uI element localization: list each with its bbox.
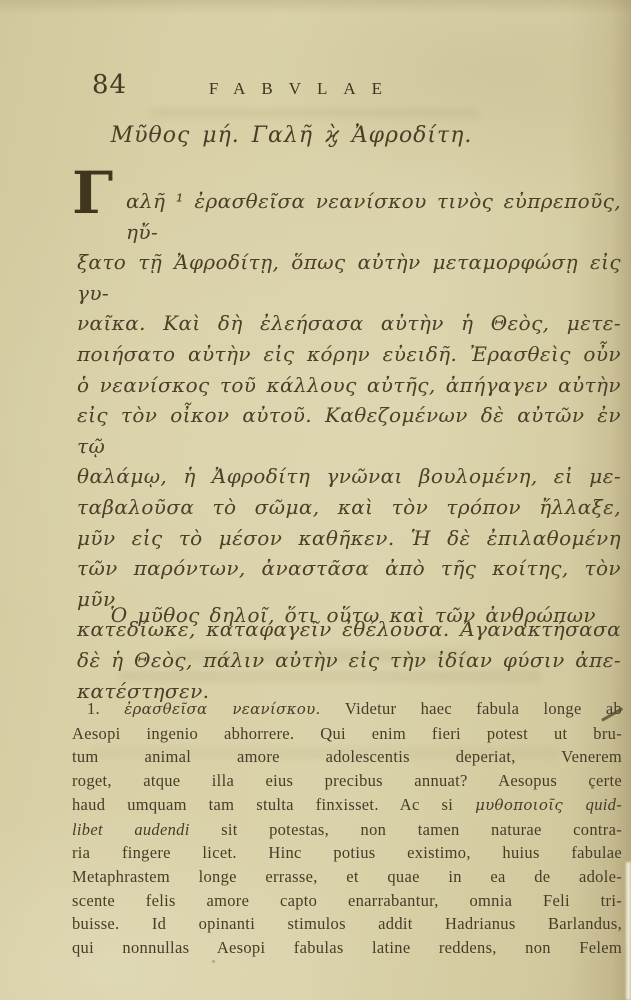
footnote-line: roget, atque illa eius precibus annuat? … [72,769,622,793]
greek-text-line: ξατο τῇ Ἀφροδίτῃ, ὅπως αὐτὴν μεταμορφώσῃ… [77,247,621,308]
footnote-line: Metaphrastem longe errasse, et quae in e… [72,865,622,889]
greek-text-line: ποιήσατο αὐτὴν εἰς κόρην εὐειδῆ. Ἐρασθεὶ… [77,339,621,370]
fable-title: Μῦθος μή. Γαλῆ ϗ̀ Ἀφροδίτη. [0,123,607,148]
greek-text-line: θαλάμῳ, ἡ Ἀφροδίτη γνῶναι βουλομένη, εἰ … [77,461,621,492]
footnote-greek-word: μυθοποιοῖς [475,796,586,814]
footnote-number: 1. [87,699,124,718]
greek-text-line: αλῆ ¹ ἐρασθεῖσα νεανίσκου τινὸς εὐπρεποῦ… [77,186,621,247]
footnote-line: haud umquam tam stulta finxisset. Ac si … [72,793,622,818]
fable-greek-text: αλῆ ¹ ἐρασθεῖσα νεανίσκου τινὸς εὐπρεποῦ… [77,186,621,706]
footnote-commentary: 1. ἐρασθεῖσα νεανίσκου. Videtur haec fab… [72,697,622,960]
footnote-line: qui nonnullas Aesopi fabulas latine redd… [72,936,622,960]
running-header: FABVLAE [0,79,619,99]
greek-text-line: ὁ νεανίσκος τοῦ κάλλους αὐτῆς, ἀπήγαγεν … [77,370,621,401]
footnote-italic-text: libet audendi [72,820,190,839]
greek-text-line: ταβαλοῦσα τὸ σῶμα, καὶ τὸν τρόπον ἤλλαξε… [77,492,621,523]
footnote-line: libet audendi sit potestas, non tamen na… [72,818,622,842]
footnote-line: tum animal amore adolescentis deperiat, … [72,745,622,769]
footnote-text: sit potestas, non tamen naturae contra- [190,820,622,839]
page-edge-sliver [626,862,631,1000]
footnote-text: Videtur haec fabula longe ab [321,699,622,718]
footnote-line: scente felis amore capto enarrabantur, o… [72,889,622,913]
footnote-greek-lemma: ἐρασθεῖσα νεανίσκου. [124,700,320,718]
greek-text-line: εἰς τὸν οἶκον αὐτοῦ. Καθεζομένων δὲ αὐτῶ… [77,400,621,461]
footnote-line: Aesopi ingenio abhorrere. Qui enim fieri… [72,722,622,746]
footnote-line: ria fingere licet. Hinc potius existimo,… [72,841,622,865]
book-page-scan: 84 FABVLAE Μῦθος μή. Γαλῆ ϗ̀ Ἀφροδίτη. Γ… [0,0,631,1000]
greek-text-line: δὲ ἡ Θεὸς, πάλιν αὐτὴν εἰς τὴν ἰδίαν φύσ… [77,645,621,676]
ink-spot [591,786,594,789]
footnote-text: haud umquam tam stulta finxisset. Ac si [72,795,475,814]
show-through-mark [150,108,480,118]
footnote-italic-text: quid- [586,795,622,814]
greek-text-line: ναῖκα. Καὶ δὴ ἐλεήσασα αὐτὴν ἡ Θεὸς, μετ… [77,308,621,339]
ink-spot [212,960,215,963]
greek-text-line: μῦν εἰς τὸ μέσον καθῆκεν. Ἡ δὲ ἐπιλαθομέ… [77,523,621,554]
footnote-line: buisse. Id opinanti stimulos addit Hadri… [72,912,622,936]
moral-line: Ὁ μῦθος δηλοῖ, ὅτι οὕτω καὶ τῶν ἀνθρώπων [77,603,621,627]
footnote-line: 1. ἐρασθεῖσα νεανίσκου. Videtur haec fab… [72,697,622,722]
